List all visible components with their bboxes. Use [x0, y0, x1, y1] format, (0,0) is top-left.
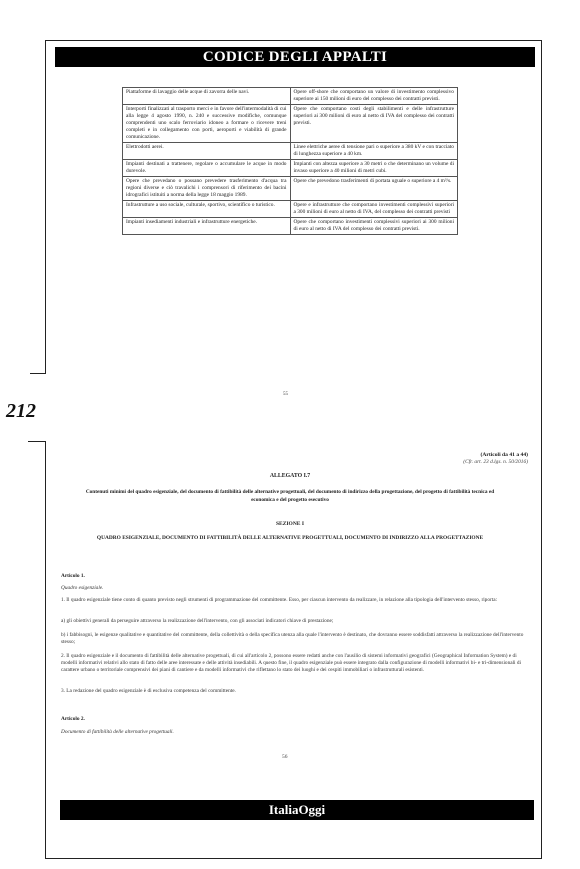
allegato-subtitle: Contenuti minimi del quadro esigenziale,… [80, 489, 500, 504]
table-cell-work-type: Elettrodotti aerei. [123, 143, 291, 160]
article-1-subtitle: Quadro esigenziale. [61, 585, 524, 592]
page-number-55: 55 [283, 392, 288, 397]
article-1-title: Articolo 1. [61, 573, 524, 580]
table-row: Piattaforme di lavaggio delle acque di z… [123, 88, 458, 105]
table-cell-work-type: Opere che prevedano o possano prevedere … [123, 177, 291, 201]
article-1-paragraph-1: 1. Il quadro esigenziale tiene conto di … [61, 597, 524, 604]
table-cell-work-type: Interporti finalizzati al trasporto merc… [123, 105, 291, 143]
cfr-reference: (Cfr. art. 23 d.lgs. n. 50/2016) [463, 459, 528, 465]
table-cell-threshold: Opere che prevedono trasferimenti di por… [290, 177, 458, 201]
page-number-56: 56 [282, 754, 288, 760]
table-row: Impianti insediamenti industriali e infr… [123, 218, 458, 235]
allegato-title: ALLEGATO I.7 [0, 473, 580, 479]
section-label: SEZIONE I [0, 521, 580, 527]
article-1-paragraph-2: 2. Il quadro esigenziale e il documento … [61, 653, 524, 674]
table-cell-work-type: Impianti destinati a trattenere, regolar… [123, 160, 291, 177]
article-1-heading: Articolo 1. [61, 573, 85, 579]
page-frame-left-lower [45, 441, 46, 859]
table-cell-threshold: Opere che comportano costi degli stabili… [290, 105, 458, 143]
table-cell-threshold: Linee elettriche aeree di tensione pari … [290, 143, 458, 160]
table-cell-threshold: Opere e infrastrutture che comportano in… [290, 201, 458, 218]
header-title: CODICE DEGLI APPALTI [55, 47, 535, 67]
article-2-subtitle: Documento di fattibilità delle alternati… [61, 729, 524, 736]
table-row: Interporti finalizzati al trasporto merc… [123, 105, 458, 143]
table-cell-threshold: Impianti con altezza superiore a 30 metr… [290, 160, 458, 177]
table-cell-work-type: Impianti insediamenti industriali e infr… [123, 218, 291, 235]
table-cell-work-type: Piattaforme di lavaggio delle acque di z… [123, 88, 291, 105]
article-1-paragraph-3: 3. La redazione del quadro esigenziale è… [61, 688, 524, 695]
table-row: Elettrodotti aerei.Linee elettriche aere… [123, 143, 458, 160]
table-cell-threshold: Opere che comportano investimenti comple… [290, 218, 458, 235]
page-frame-hook-lower [28, 441, 46, 442]
page-frame-right [541, 40, 542, 858]
article-2-heading: Articolo 2. [61, 716, 85, 722]
article-2-title: Articolo 2. [61, 716, 524, 723]
works-table: Piattaforme di lavaggio delle acque di z… [122, 87, 458, 235]
articles-range: (Articoli da 41 a 44) [480, 452, 528, 458]
section-title: QUADRO ESIGENZIALE, DOCUMENTO DI FATTIBI… [80, 535, 500, 543]
table-row: Opere che prevedano o possano prevedere … [123, 177, 458, 201]
article-1-paragraph-a: a) gli obiettivi generali da perseguire … [61, 618, 524, 625]
table-row: Impianti destinati a trattenere, regolar… [123, 160, 458, 177]
table-cell-work-type: Infrastrutture a uso sociale, culturale,… [123, 201, 291, 218]
article-1-paragraph-b: b) i fabbisogni, le esigenze qualitative… [61, 632, 524, 646]
page-frame-left-upper [45, 40, 46, 373]
table-cell-threshold: Opere off-shore che comportano un valore… [290, 88, 458, 105]
page-frame-hook-upper [30, 373, 46, 374]
table-row: Infrastrutture a uso sociale, culturale,… [123, 201, 458, 218]
page-frame-bottom [45, 858, 542, 859]
footer-brand: ItaliaOggi [60, 800, 534, 820]
side-page-number: 212 [6, 400, 36, 423]
page-frame-top [45, 40, 541, 41]
